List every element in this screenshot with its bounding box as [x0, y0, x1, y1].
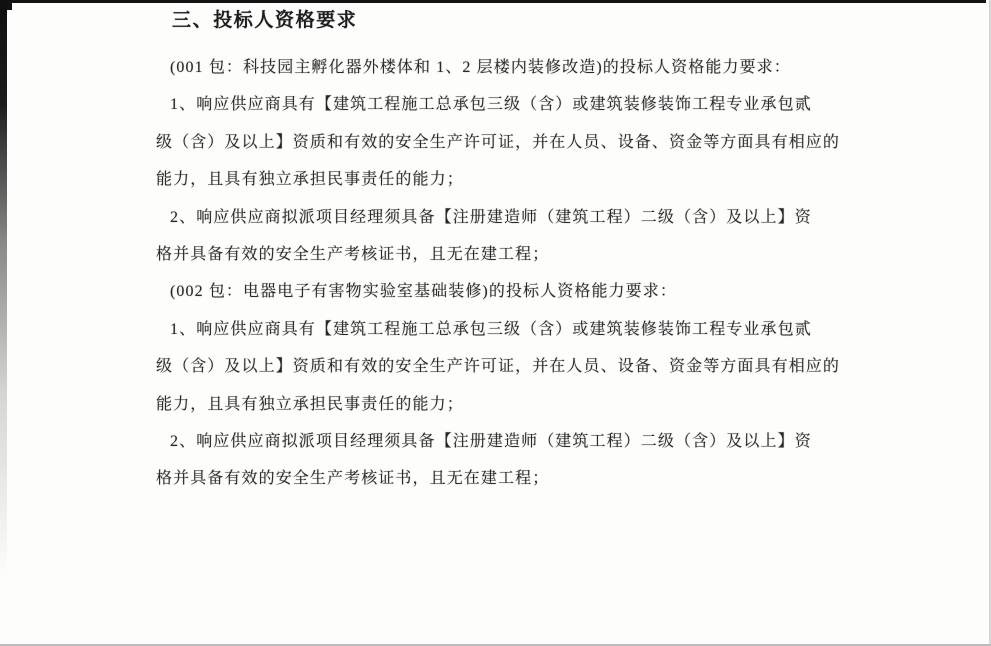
scanned-document-page: 三、投标人资格要求 (001 包：科技园主孵化器外楼体和 1、2 层楼内装修改造… — [0, 0, 991, 646]
text-line: 能力，且具有独立承担民事责任的能力； — [156, 386, 876, 423]
document-content: 三、投标人资格要求 (001 包：科技园主孵化器外楼体和 1、2 层楼内装修改造… — [156, 0, 876, 498]
text-line: 1、响应供应商具有【建筑工程施工总承包三级（含）或建筑装修装饰工程专业承包贰 — [156, 311, 876, 348]
text-line: 级（含）及以上】资质和有效的安全生产许可证，并在人员、设备、资金等方面具有相应的 — [156, 348, 876, 385]
text-line: 能力，且具有独立承担民事责任的能力； — [156, 161, 876, 198]
text-line: 2、响应供应商拟派项目经理须具备【注册建造师（建筑工程）二级（含）及以上】资 — [156, 423, 876, 460]
text-line: 格并具备有效的安全生产考核证书，且无在建工程； — [156, 460, 876, 497]
text-line-package-002-intro: (002 包：电器电子有害物实验室基础装修)的投标人资格能力要求： — [156, 273, 876, 310]
text-line: 2、响应供应商拟派项目经理须具备【注册建造师（建筑工程）二级（含）及以上】资 — [156, 199, 876, 236]
page-title: 三、投标人资格要求 — [156, 8, 876, 49]
scan-edge-left — [0, 0, 7, 578]
text-line-package-001-intro: (001 包：科技园主孵化器外楼体和 1、2 层楼内装修改造)的投标人资格能力要… — [156, 49, 876, 86]
text-line: 1、响应供应商具有【建筑工程施工总承包三级（含）或建筑装修装饰工程专业承包贰 — [156, 86, 876, 123]
text-line: 格并具备有效的安全生产考核证书，且无在建工程； — [156, 236, 876, 273]
text-line: 级（含）及以上】资质和有效的安全生产许可证，并在人员、设备、资金等方面具有相应的 — [156, 124, 876, 161]
